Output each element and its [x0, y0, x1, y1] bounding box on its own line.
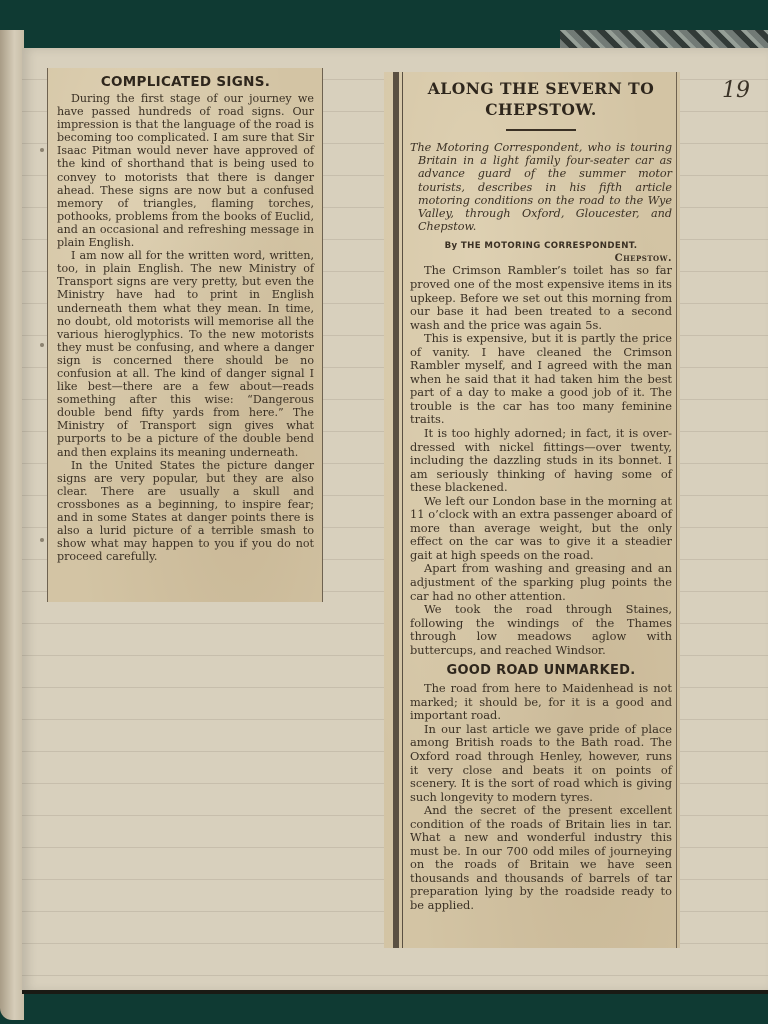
- scrapbook-page: 19 COMPLICATED SIGNS. During the first s…: [22, 48, 768, 992]
- paragraph: This is expensive, but it is partly the …: [410, 332, 672, 427]
- clipping-headline-line2: CHEPSTOW.: [410, 99, 672, 120]
- subheading: GOOD ROAD UNMARKED.: [410, 663, 672, 678]
- paragraph: We took the road through Staines, follow…: [410, 603, 672, 657]
- standfirst: The Motoring Correspondent, who is touri…: [410, 141, 672, 233]
- headline-divider: [506, 129, 576, 131]
- paragraph: During the first stage of our journey we…: [57, 92, 314, 249]
- clipping-complicated-signs: COMPLICATED SIGNS. During the first stag…: [47, 68, 323, 602]
- byline: By THE MOTORING CORRESPONDENT.: [410, 241, 672, 251]
- paragraph: I am now all for the written word, writt…: [57, 249, 314, 459]
- clipping-along-the-severn: ALONG THE SEVERN TO CHEPSTOW. The Motori…: [384, 72, 680, 948]
- clipping-headline-line1: ALONG THE SEVERN TO: [410, 78, 672, 99]
- paragraph: In our last article we gave pride of pla…: [410, 723, 672, 804]
- binding-hole: [40, 148, 44, 152]
- paragraph: We left our London base in the morning a…: [410, 495, 672, 563]
- page-bottom-shadow: [22, 990, 768, 994]
- paragraph: The Crimson Rambler’s toilet has so far …: [410, 264, 672, 332]
- paragraph: It is too highly adorned; in fact, it is…: [410, 427, 672, 495]
- paragraph: And the secret of the present excellent …: [410, 804, 672, 912]
- paragraph: Apart from washing and greasing and an a…: [410, 562, 672, 603]
- paragraph: The road from here to Maidenhead is not …: [410, 682, 672, 723]
- paragraph: In the United States the picture danger …: [57, 459, 314, 564]
- previous-page-edge: [0, 30, 24, 1020]
- binding-hole: [40, 343, 44, 347]
- binding-hole: [40, 538, 44, 542]
- column-rule: [676, 72, 677, 948]
- clipping-headline: COMPLICATED SIGNS.: [57, 74, 314, 90]
- page-number: 19: [722, 78, 750, 103]
